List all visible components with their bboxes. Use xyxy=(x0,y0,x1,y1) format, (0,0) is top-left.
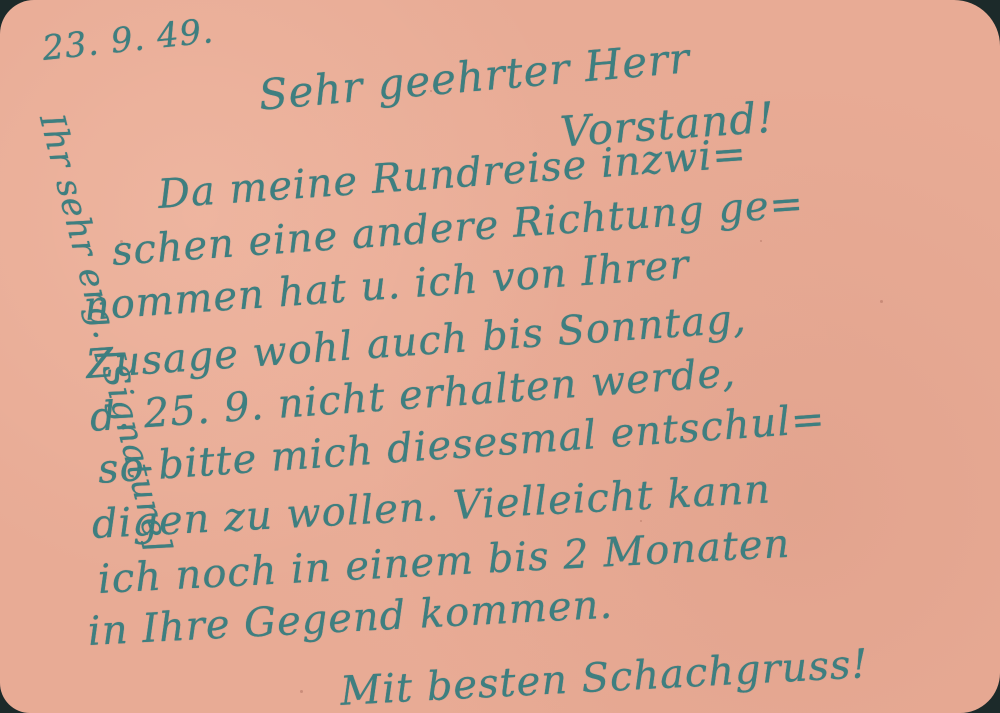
postcard: 23. 9. 49. Sehr geehrter Herr Vorstand! … xyxy=(0,0,1000,713)
paper-speck xyxy=(760,240,762,242)
paper-speck xyxy=(640,520,642,522)
paper-speck xyxy=(300,690,303,693)
letter-date: 23. 9. 49. xyxy=(40,11,215,69)
paper-speck xyxy=(120,240,123,243)
closing-line: Mit besten Schachgruss! xyxy=(339,641,869,713)
paper-speck xyxy=(430,90,432,92)
paper-speck xyxy=(880,300,883,303)
